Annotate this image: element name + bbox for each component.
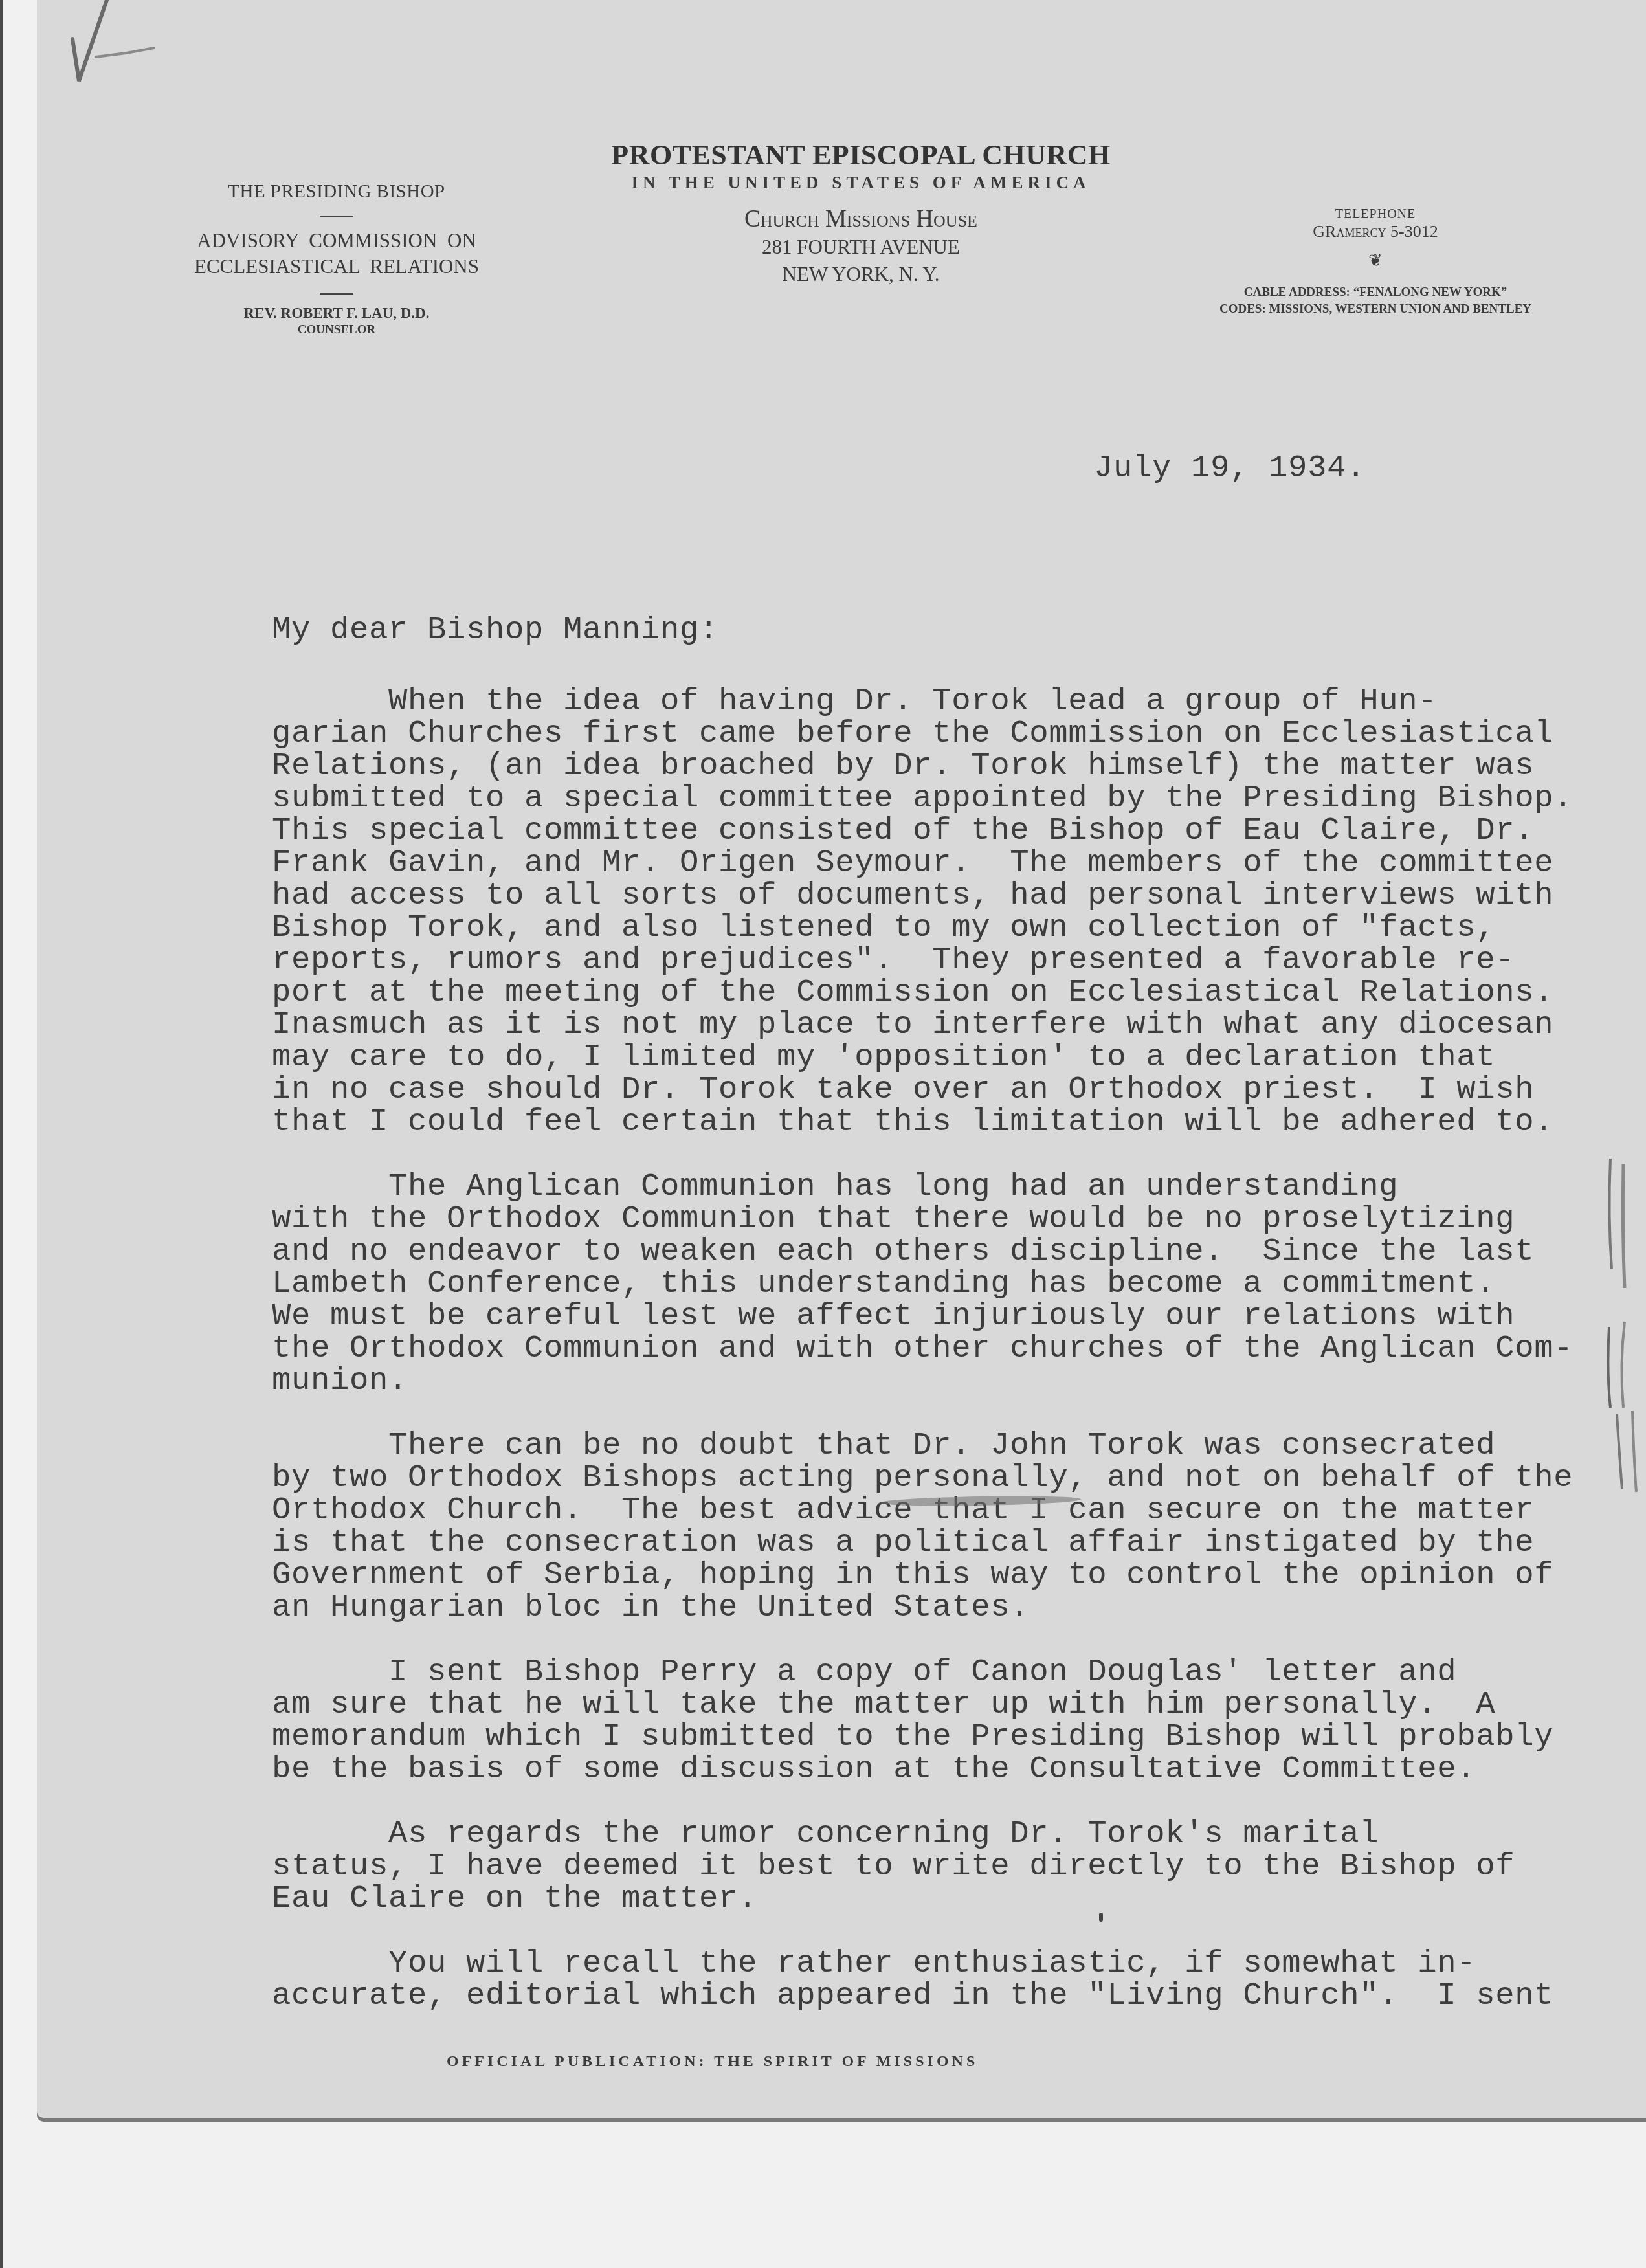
- check-mark-icon: [65, 0, 168, 84]
- text-line: memorandum which I submitted to the Pres…: [272, 1720, 1553, 1753]
- text-line: in no case should Dr. Torok take over an…: [272, 1073, 1573, 1106]
- text-line: The Anglican Communion has long had an u…: [272, 1170, 1573, 1203]
- text-line: be the basis of some discussion at the C…: [272, 1753, 1553, 1785]
- text-line: Government of Serbia, hoping in this way…: [272, 1559, 1573, 1591]
- paragraph: As regards the rumor concerning Dr. Toro…: [272, 1818, 1515, 1915]
- church-name: PROTESTANT EPISCOPAL CHURCH: [570, 139, 1152, 172]
- cable-address: CABLE ADDRESS: “FENALONG NEW YORK”: [1139, 284, 1612, 301]
- text-line: I sent Bishop Perry a copy of Canon Doug…: [272, 1656, 1553, 1688]
- text-line: the Orthodox Communion and with other ch…: [272, 1332, 1573, 1364]
- paragraph: There can be no doubt that Dr. John Toro…: [272, 1429, 1573, 1623]
- text-line: and no endeavor to weaken each others di…: [272, 1235, 1573, 1267]
- telegraph-codes: CODES: MISSIONS, WESTERN UNION AND BENTL…: [1139, 301, 1612, 318]
- text-line: This special committee consisted of the …: [272, 814, 1573, 847]
- ink-spot: [1099, 1913, 1103, 1922]
- text-line: Frank Gavin, and Mr. Origen Seymour. The…: [272, 847, 1573, 879]
- text-line: with the Orthodox Communion that there w…: [272, 1203, 1573, 1235]
- commission-line-1: ADVISORY COMMISSION ON: [155, 228, 518, 254]
- telephone-label: TELEPHONE: [1139, 207, 1612, 222]
- footer-text: OFFICIAL PUBLICATION: THE SPIRIT OF MISS…: [447, 2053, 978, 2071]
- divider: [320, 293, 353, 295]
- church-country: IN THE UNITED STATES OF AMERICA: [570, 172, 1152, 194]
- text-line: Relations, (an idea broached by Dr. Toro…: [272, 750, 1573, 782]
- city-address: NEW YORK, N. Y.: [570, 261, 1152, 288]
- counselor-name: REV. ROBERT F. LAU, D.D.: [155, 305, 518, 322]
- paragraph: The Anglican Communion has long had an u…: [272, 1170, 1573, 1397]
- letter-date: July 19, 1934.: [1094, 452, 1366, 484]
- text-line: is that the consecration was a political…: [272, 1526, 1573, 1559]
- text-line: As regards the rumor concerning Dr. Toro…: [272, 1818, 1515, 1850]
- margin-pencil-lines-icon: [1605, 1152, 1644, 1618]
- text-line: an Hungarian bloc in the United States.: [272, 1591, 1573, 1623]
- text-line: You will recall the rather enthusiastic,…: [272, 1947, 1553, 1979]
- text-line: accurate, editorial which appeared in th…: [272, 1979, 1553, 2012]
- text-line: port at the meeting of the Commission on…: [272, 976, 1573, 1008]
- text-line: that I could feel certain that this limi…: [272, 1106, 1573, 1138]
- paragraph: I sent Bishop Perry a copy of Canon Doug…: [272, 1656, 1553, 1785]
- fleuron-ornament-icon: ❦: [1139, 252, 1612, 270]
- building-name: Church Missions House: [570, 205, 1152, 234]
- text-line: reports, rumors and prejudices". They pr…: [272, 944, 1573, 976]
- street-address: 281 FOURTH AVENUE: [570, 234, 1152, 261]
- text-line: When the idea of having Dr. Torok lead a…: [272, 685, 1573, 717]
- text-line: had access to all sorts of documents, ha…: [272, 879, 1573, 911]
- text-line: There can be no doubt that Dr. John Toro…: [272, 1429, 1573, 1462]
- telephone-number: GRamercy 5-3012: [1139, 222, 1612, 241]
- scan-edge: [0, 0, 3, 2268]
- letterhead-left: THE PRESIDING BISHOP ADVISORY COMMISSION…: [155, 181, 518, 337]
- letterhead-center: PROTESTANT EPISCOPAL CHURCH IN THE UNITE…: [570, 139, 1152, 288]
- text-line: We must be careful lest we affect injuri…: [272, 1300, 1573, 1332]
- commission-line-2: ECCLESIASTICAL RELATIONS: [155, 254, 518, 280]
- paragraph: You will recall the rather enthusiastic,…: [272, 1947, 1553, 2012]
- text-line: submitted to a special committee appoint…: [272, 782, 1573, 814]
- paragraph: When the idea of having Dr. Torok lead a…: [272, 685, 1573, 1138]
- text-line: Bishop Torok, and also listened to my ow…: [272, 911, 1573, 944]
- text-line: may care to do, I limited my 'opposition…: [272, 1041, 1573, 1073]
- text-line: munion.: [272, 1364, 1573, 1397]
- text-line: Inasmuch as it is not my place to interf…: [272, 1008, 1573, 1041]
- letterhead-right: TELEPHONE GRamercy 5-3012 ❦ CABLE ADDRES…: [1139, 207, 1612, 318]
- counselor-title: COUNSELOR: [155, 323, 518, 337]
- text-line: am sure that he will take the matter up …: [272, 1688, 1553, 1720]
- text-line: garian Churches first came before the Co…: [272, 717, 1573, 750]
- text-line: by two Orthodox Bishops acting personall…: [272, 1462, 1573, 1494]
- text-line: Eau Claire on the matter.: [272, 1882, 1515, 1915]
- text-line: status, I have deemed it best to write d…: [272, 1850, 1515, 1882]
- divider: [320, 216, 353, 217]
- salutation: My dear Bishop Manning:: [272, 614, 718, 646]
- office-title: THE PRESIDING BISHOP: [155, 181, 518, 203]
- text-line: Lambeth Conference, this understanding h…: [272, 1267, 1573, 1300]
